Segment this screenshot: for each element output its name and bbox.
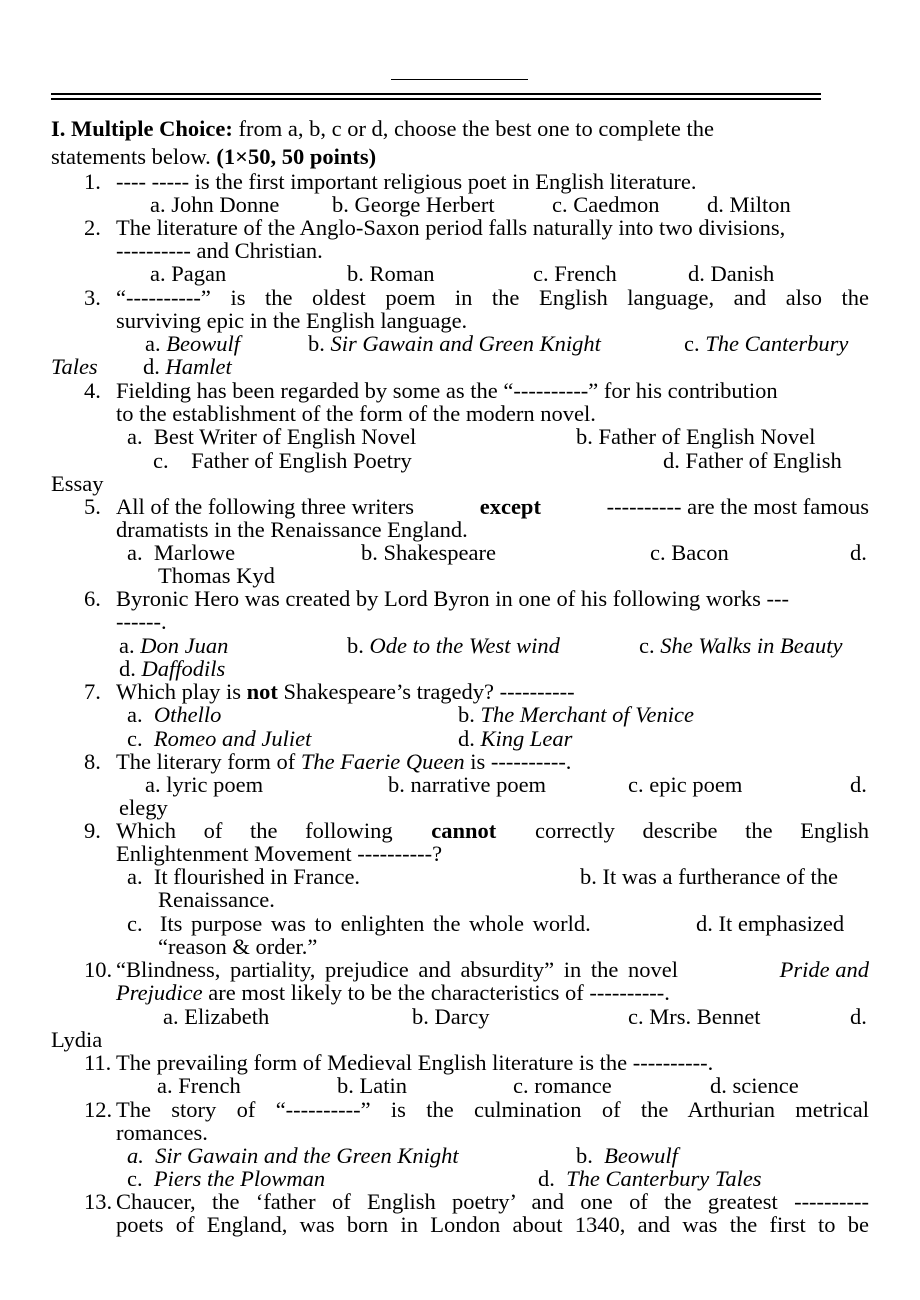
work-title-cont: Prejudice [116,980,203,1005]
question-number: 5. [84,496,101,519]
option-c[interactable]: c. Mrs. Bennet [628,1006,760,1029]
question-text: The prevailing form of Medieval English … [116,1052,713,1075]
option-text: She Walks in Beauty [660,633,842,658]
option-text: Daffodils [142,656,226,681]
option-c[interactable]: c. epic poem [628,774,742,797]
emphasis-not: not [247,679,278,704]
option-d[interactable]: d. Father of English [663,450,842,473]
question-number: 9. [84,820,101,843]
option-d[interactable]: d. It emphasized [696,913,844,936]
option-d[interactable]: d. Hamlet [143,356,232,379]
text-part: is ----------. [470,749,571,774]
text-part: Which of the following [116,820,393,843]
section-heading: I. Multiple Choice: from a, b, c or d, c… [51,118,869,141]
option-text: The Canterbury [705,331,848,356]
option-d-cont: Essay [51,473,104,496]
question-number: 1. [84,171,101,194]
option-b[interactable]: b. It was a furtherance of the [580,866,838,889]
option-letter: a. [145,331,161,356]
option-letter: b. [576,1143,593,1168]
option-a[interactable]: a. French [157,1075,241,1098]
text-part: “Blindness, partiality, prejudice and ab… [116,959,678,982]
question-number: 8. [84,751,101,774]
question-text-cont: to the establishment of the form of the … [116,403,596,426]
question-text: “----------” is the oldest poem in the E… [116,287,869,310]
option-d-cont: Thomas Kyd [158,565,275,588]
points-label: (1×50, 50 points) [216,144,376,169]
question-number: 10. [84,959,112,982]
text-part: are most likely to be the characteristic… [208,980,670,1005]
option-letter: c. [127,726,143,751]
option-b[interactable]: b. Shakespeare [361,542,496,565]
option-d[interactable]: d. [850,542,867,565]
question-text: Chaucer, the ‘father of English poetry’ … [116,1191,869,1214]
option-letter: c. [127,1166,143,1191]
emphasis-except: except [480,496,541,519]
option-d[interactable]: d. Milton [707,194,791,217]
emphasis-cannot: cannot [431,820,496,843]
option-a[interactable]: a. Best Writer of English Novel [127,426,416,449]
section-subheading: statements below. (1×50, 50 points) [51,146,376,169]
option-letter: b. [458,702,475,727]
option-b[interactable]: b. Darcy [412,1006,489,1029]
option-c[interactable]: c. The Canterbury [684,333,848,356]
option-text: Don Juan [140,633,228,658]
question-text-cont: poets of England, was born in London abo… [116,1214,869,1237]
header-short-rule [391,79,528,80]
option-letter: a. [119,633,135,658]
option-b[interactable]: b. Latin [337,1075,407,1098]
option-text: Othello [154,702,222,727]
option-text: Sir Gawain and Green Knight [331,331,601,356]
question-number: 11. [84,1052,111,1075]
question-text: All of the following three writers excep… [116,496,869,519]
option-letter: a. [127,702,143,727]
option-a[interactable]: a. Othello [127,704,221,727]
option-text: The Merchant of Venice [481,702,694,727]
option-text: The Canterbury Tales [566,1166,761,1191]
instruction-text-2: statements below. [51,144,211,169]
option-b[interactable]: b. George Herbert [332,194,495,217]
option-d-cont: elegy [119,797,168,820]
question-text: “Blindness, partiality, prejudice and ab… [116,959,869,982]
option-a[interactable]: a. Elizabeth [163,1006,269,1029]
option-a[interactable]: a. Sir Gawain and the Green Knight [127,1145,459,1168]
question-text-cont: ------. [116,611,167,634]
option-text: King Lear [481,726,573,751]
question-text: Byronic Hero was created by Lord Byron i… [116,588,789,611]
question-text: The story of “----------” is the culmina… [116,1099,869,1122]
option-b[interactable]: b. Roman [347,263,435,286]
option-b[interactable]: b. narrative poem [388,774,546,797]
section-title: I. Multiple Choice: [51,116,233,141]
option-d[interactable]: d. [850,1006,867,1029]
option-letter: b. [308,331,325,356]
option-letter: c. [639,633,655,658]
header-double-rule [51,93,821,100]
option-a[interactable]: a. Beowulf [145,333,240,356]
option-b-cont: Renaissance. [158,889,275,912]
option-d[interactable]: d. [850,774,867,797]
question-text: Which of the following cannot correctly … [116,820,869,843]
work-title: Pride and [780,959,869,982]
option-c[interactable]: c. Piers the Plowman [127,1168,325,1191]
text-part: Which play is [116,679,241,704]
option-d-cont: Lydia [51,1029,102,1052]
question-text: The literature of the Anglo-Saxon period… [116,217,785,240]
question-text-cont: dramatists in the Renaissance England. [116,519,468,542]
option-c[interactable]: c. Romeo and Juliet [127,728,311,751]
option-d[interactable]: d. Daffodils [119,658,225,681]
option-text: Hamlet [166,354,232,379]
text-part: correctly describe the English [535,820,869,843]
option-b[interactable]: b. The Merchant of Venice [458,704,694,727]
text-part: All of the following three writers [116,496,414,519]
option-a[interactable]: a. Marlowe [127,542,235,565]
option-letter: c. [684,331,700,356]
option-a[interactable]: a. Don Juan [119,635,228,658]
question-text-cont: romances. [116,1122,208,1145]
question-number: 6. [84,588,101,611]
option-c[interactable]: c. She Walks in Beauty [639,635,843,658]
option-b[interactable]: b. Father of English Novel [576,426,815,449]
question-number: 2. [84,217,101,240]
option-a[interactable]: a. lyric poem [145,774,263,797]
option-a[interactable]: a. John Donne [150,194,279,217]
option-d[interactable]: d. The Canterbury Tales [538,1168,762,1191]
option-c[interactable]: c. romance [513,1075,612,1098]
option-c[interactable]: c. Bacon [650,542,729,565]
question-text: The literary form of The Faerie Queen is… [116,751,571,774]
question-text-cont: Prejudice are most likely to be the char… [116,982,670,1005]
option-text: Romeo and Juliet [154,726,311,751]
option-letter: d. [458,726,475,751]
option-c[interactable]: c. Father of English Poetry [153,450,412,473]
question-number: 12. [84,1099,112,1122]
question-number: 4. [84,380,101,403]
question-text-cont: ---------- and Christian. [116,240,323,263]
option-text: Ode to the West wind [370,633,560,658]
question-text: Fielding has been regarded by some as th… [116,380,778,403]
option-b[interactable]: b. Beowulf [576,1145,678,1168]
option-d[interactable]: d. Danish [688,263,774,286]
option-c[interactable]: c. French [533,263,617,286]
text-part: Shakespeare’s tragedy? ---------- [284,679,575,704]
option-c[interactable]: c. Caedmon [552,194,659,217]
question-text-cont: surviving epic in the English language. [116,310,467,333]
option-a[interactable]: a. It flourished in France. [127,866,360,889]
question-number: 7. [84,681,101,704]
option-d[interactable]: d. King Lear [458,728,572,751]
option-letter: d. [143,354,160,379]
option-letter: b. [347,633,364,658]
question-number: 13. [84,1191,112,1214]
option-d[interactable]: d. science [710,1075,799,1098]
question-text: Which play is not Shakespeare’s tragedy?… [116,681,575,704]
option-text: Piers the Plowman [154,1166,325,1191]
option-c[interactable]: c. Its purpose was to enlighten the whol… [127,913,591,936]
text-part: ---------- are the most famous [607,496,869,519]
option-d-cont: “reason & order.” [158,936,317,959]
option-b[interactable]: b. Ode to the West wind [347,635,560,658]
option-b[interactable]: b. Sir Gawain and Green Knight [308,333,601,356]
question-text: ---- ----- is the first important religi… [116,171,696,194]
question-number: 3. [84,287,101,310]
work-title: The Faerie Queen [301,749,465,774]
option-a[interactable]: a. Pagan [150,263,226,286]
option-text: Beowulf [604,1143,678,1168]
instruction-text: from a, b, c or d, choose the best one t… [238,116,713,141]
option-letter: d. [538,1166,555,1191]
question-text-cont: Enlightenment Movement ----------? [116,843,442,866]
text-part: The literary form of [116,749,295,774]
option-c-cont: Tales [51,356,98,379]
option-text: Beowulf [166,331,240,356]
option-letter: d. [119,656,136,681]
